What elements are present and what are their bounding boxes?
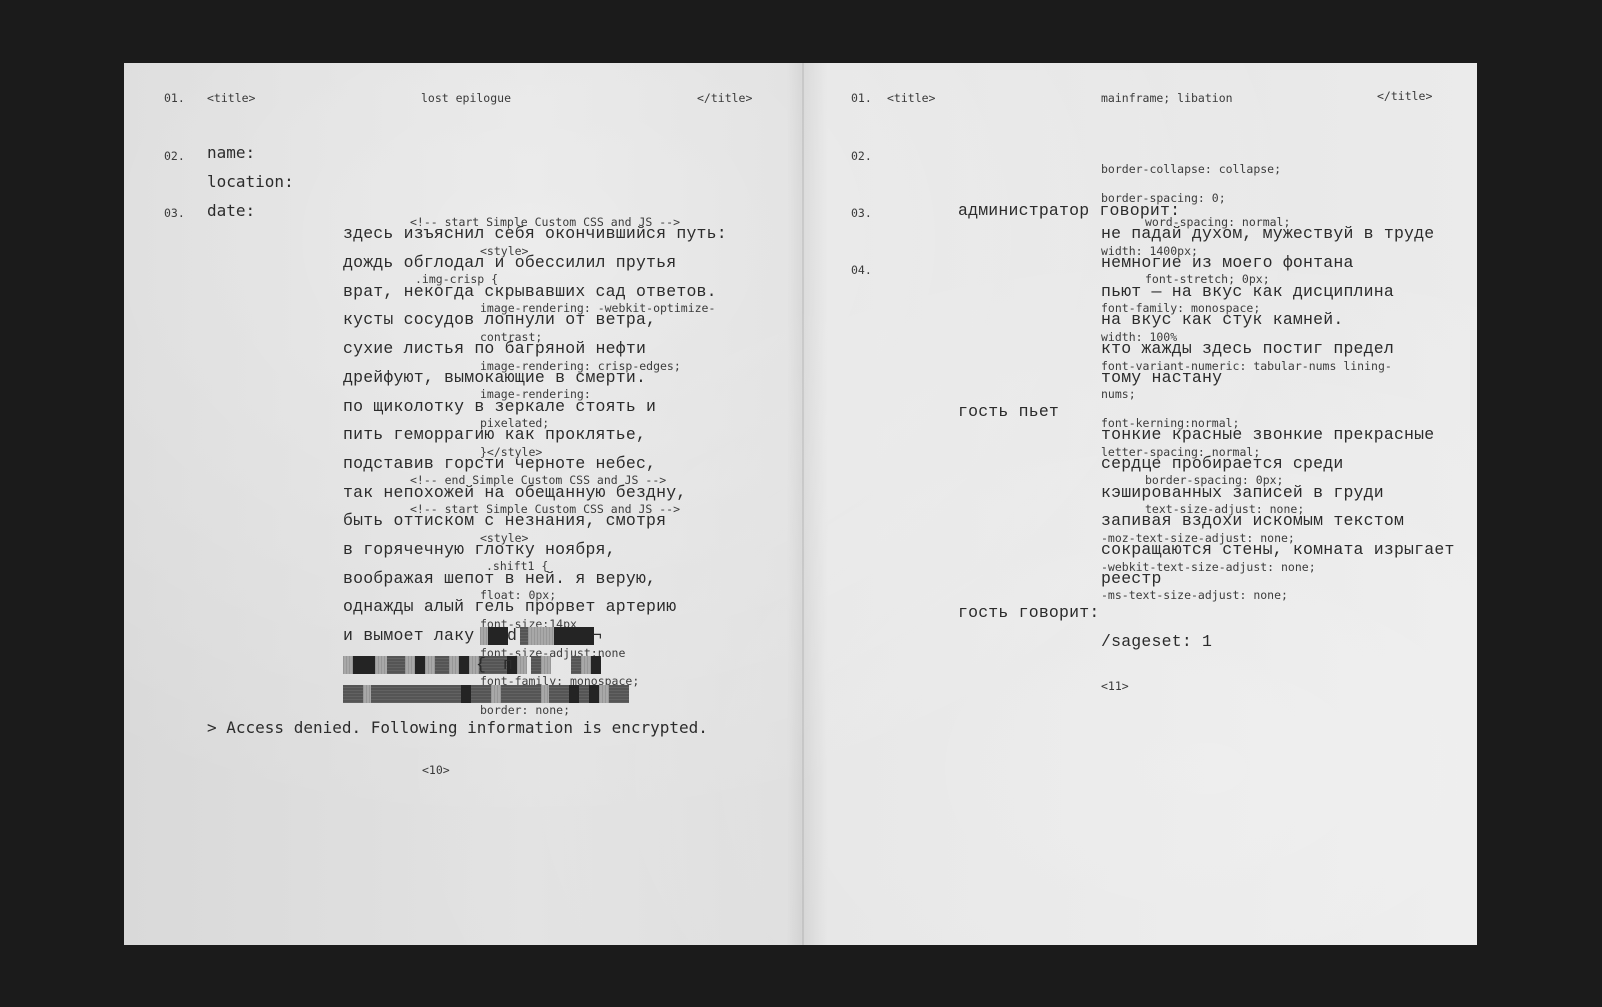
title-close-tag: </title>	[697, 91, 752, 105]
poem-line: кэшированных записей в груди	[1101, 483, 1384, 502]
title-open-tag: <title>	[207, 91, 255, 105]
poem-line: быть оттиском с незнания, смотря	[343, 511, 666, 530]
poem-line: немногие из моего фонтана	[1101, 253, 1354, 272]
code-line: -ms-text-size-adjust: none;	[1101, 588, 1288, 602]
speaker-guest-says: гость говорит:	[958, 603, 1099, 622]
title-close-tag: </title>	[1377, 89, 1432, 103]
poem-line: не падай духом, мужествуй в труде	[1101, 224, 1434, 243]
poem-line: пьют — на вкус как дисциплина	[1101, 282, 1394, 301]
code-line: nums;	[1101, 387, 1136, 401]
page-number: <10>	[422, 763, 450, 777]
page-title: mainframe; libation	[1101, 91, 1233, 105]
poem-line: сухие листья по багряной нефти	[343, 339, 646, 358]
poem-line: воображая шепот в ней. я верую,	[343, 569, 656, 588]
poem-line: запивая вздохи искомым текстом	[1101, 511, 1404, 530]
poem-line: кто жажды здесь постиг предел	[1101, 339, 1394, 358]
poem-line: врат, некогда скрывавших сад ответов.	[343, 282, 717, 301]
poem-line: тому настану	[1101, 368, 1222, 387]
location-field-label: location:	[207, 172, 294, 191]
name-field-label: name:	[207, 143, 255, 162]
line-number: 04.	[851, 263, 872, 277]
poem-line: однажды алый гель прорвет артерию	[343, 597, 676, 616]
poem-line: в горячечную глотку ноября,	[343, 540, 616, 559]
poem-line: сердце пробирается среди	[1101, 454, 1343, 473]
poem-line: и вымоет лаку	[343, 626, 474, 645]
code-comment-line: border: none;	[480, 703, 570, 717]
poem-line: дождь обглодал и обессилил прутья	[343, 253, 676, 272]
poem-line: реестр	[1101, 569, 1162, 588]
poem-line: пить геморрагию как проклятье,	[343, 425, 646, 444]
glitch-glyph: п	[503, 655, 513, 674]
poem-line: дрейфуют, вымокающие в смерти.	[343, 368, 646, 387]
poem-line: тонкие красные звонкие прекрасные	[1101, 425, 1434, 444]
poem-line: по щиколотку в зеркале стоять и	[343, 397, 656, 416]
speaker-guest-drinks: гость пьет	[958, 402, 1059, 421]
line-number: 01.	[851, 91, 872, 105]
command-text: /sageset: 1	[1101, 632, 1212, 651]
book-spread: 01. <title> lost epilogue </title> 02. n…	[124, 63, 1477, 945]
poem-line: подставив горсти черноте небес,	[343, 454, 656, 473]
line-number: 03.	[164, 206, 185, 220]
code-line: border-collapse: collapse;	[1101, 162, 1281, 176]
date-field-label: date:	[207, 201, 255, 220]
glitch-glyph: d	[507, 626, 517, 645]
poem-line: кусты сосудов лопнули от ветра,	[343, 310, 656, 329]
line-number: 03.	[851, 206, 872, 220]
encrypted-block	[480, 627, 594, 645]
line-number: 01.	[164, 91, 185, 105]
access-denied-message: > Access denied. Following information i…	[207, 718, 708, 737]
page-title: lost epilogue	[421, 91, 511, 105]
page-number: <11>	[1101, 679, 1129, 693]
poem-line: на вкус как стук камней.	[1101, 310, 1343, 329]
poem-line: так непохожей на обещанную бездну,	[343, 483, 686, 502]
line-number: 02.	[851, 149, 872, 163]
encrypted-block	[343, 685, 629, 703]
poem-line: сокращаются стены, комната изрыгает	[1101, 540, 1455, 559]
encrypted-block	[343, 656, 601, 674]
title-open-tag: <title>	[887, 91, 935, 105]
line-number: 02.	[164, 149, 185, 163]
spine-fold	[802, 63, 804, 945]
glitch-glyph: ¬	[592, 626, 602, 645]
glitch-glyph: {	[476, 655, 486, 674]
poem-line: здесь изъяснил себя окончившийся путь:	[343, 224, 727, 243]
